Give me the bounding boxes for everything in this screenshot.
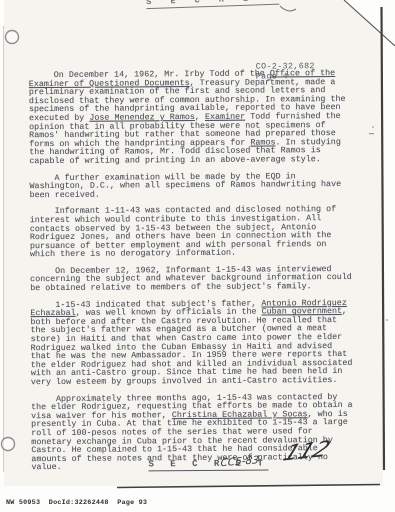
paragraph-text: A further examination will be made by th… bbox=[29, 171, 341, 200]
footer-record-id: NW 50953 DocId:32262448 Page 93 bbox=[6, 499, 147, 507]
paragraph: On December 14, 1962, Mr. Irby Todd of t… bbox=[29, 69, 352, 166]
paragraph: A further examination will be made by th… bbox=[29, 171, 351, 199]
page-content: S E C R E T CO-2-32,682 Page 4 On Decemb… bbox=[0, 0, 395, 512]
paragraph-text: , both before and after the Castro revol… bbox=[30, 306, 352, 387]
paragraph-text: On December 12, 1962, Informant 1-15-43 … bbox=[30, 264, 352, 293]
paragraph-text: Informant 1-11-43 was contacted and disc… bbox=[30, 204, 336, 259]
paragraph: Informant 1-11-43 was contacted and disc… bbox=[30, 205, 352, 259]
classification-stamp-top: S E C R E T bbox=[146, 0, 279, 9]
paragraph: 1-15-43 indicated that subject's father,… bbox=[30, 299, 353, 387]
document-body: On December 14, 1962, Mr. Irby Todd of t… bbox=[29, 69, 354, 480]
paragraph: On December 12, 1962, Informant 1-15-43 … bbox=[30, 265, 352, 293]
